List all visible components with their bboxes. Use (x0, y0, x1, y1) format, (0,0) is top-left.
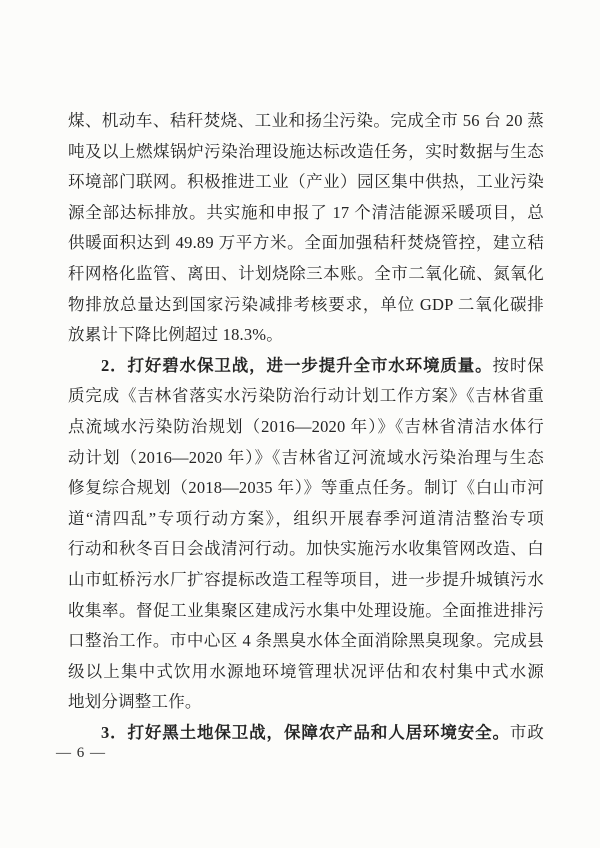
text-line: 级以上集中式饮用水源地环境管理状况评估和农村集中式水源 (68, 657, 544, 688)
text-line: 质完成《吉林省落实水污染防治行动计划工作方案》《吉林省重 (68, 381, 544, 412)
text-line: 煤、机动车、秸秆焚烧、工业和扬尘污染。完成全市 56 台 20 蒸 (68, 106, 544, 137)
text-line: 口整治工作。市中心区 4 条黑臭水体全面消除黑臭现象。完成县 (68, 626, 544, 657)
text-line: 行动和秋冬百日会战清河行动。加快实施污水收集管网改造、白 (68, 534, 544, 565)
text-line: 修复综合规划（2018—2035 年）》等重点任务。制订《白山市河 (68, 473, 544, 504)
text-line: 放累计下降比例超过 18.3%。 (68, 320, 544, 351)
text-line: 环境部门联网。积极推进工业（产业）园区集中供热，工业污染 (68, 167, 544, 198)
text-line: 点流域水污染防治规划（2016—2020 年）》《吉林省清洁水体行 (68, 412, 544, 443)
paragraph-text: 按时保 (493, 356, 544, 375)
page-number: — 6 — (56, 743, 106, 763)
text-line-paragraph-start: 2．打好碧水保卫战，进一步提升全市水环境质量。按时保 (68, 351, 544, 382)
document-page: 煤、机动车、秸秆焚烧、工业和扬尘污染。完成全市 56 台 20 蒸 吨及以上燃煤… (0, 0, 600, 848)
text-line: 供暖面积达到 49.89 万平方米。全面加强秸秆焚烧管控，建立秸 (68, 228, 544, 259)
text-line: 物排放总量达到国家污染减排考核要求，单位 GDP 二氧化碳排 (68, 290, 544, 321)
text-line: 道“清四乱”专项行动方案》，组织开展春季河道清洁整治专项 (68, 504, 544, 535)
paragraph-lead: 2．打好碧水保卫战，进一步提升全市水环境质量。 (101, 356, 493, 375)
text-line: 山市虹桥污水厂扩容提标改造工程等项目，进一步提升城镇污水 (68, 565, 544, 596)
text-line: 动计划（2016—2020 年）》《吉林省辽河流域水污染治理与生态 (68, 443, 544, 474)
paragraph-text: 市政 (510, 723, 544, 742)
text-line: 收集率。督促工业集聚区建成污水集中处理设施。全面推进排污 (68, 596, 544, 627)
body-text: 煤、机动车、秸秆焚烧、工业和扬尘污染。完成全市 56 台 20 蒸 吨及以上燃煤… (68, 106, 544, 748)
paragraph-lead: 3．打好黑土地保卫战，保障农产品和人居环境安全。 (101, 723, 510, 742)
text-line: 吨及以上燃煤锅炉污染治理设施达标改造任务，实时数据与生态 (68, 137, 544, 168)
text-line: 源全部达标排放。共实施和申报了 17 个清洁能源采暖项目，总 (68, 198, 544, 229)
text-line: 秆网格化监管、离田、计划烧除三本账。全市二氧化硫、氮氧化 (68, 259, 544, 290)
text-line-paragraph-start: 3．打好黑土地保卫战，保障农产品和人居环境安全。市政 (68, 718, 544, 749)
text-line: 地划分调整工作。 (68, 687, 544, 718)
